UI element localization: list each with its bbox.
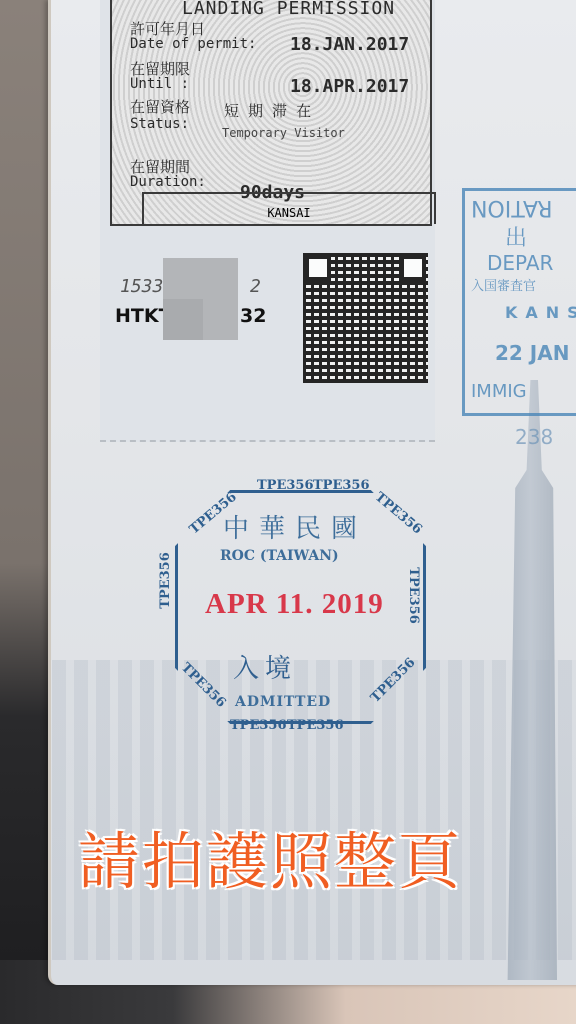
departure-stamp-immigration: IMMIG bbox=[471, 381, 527, 402]
redacted-block-lower bbox=[163, 299, 203, 340]
date-label-en: Date of permit: bbox=[130, 36, 256, 52]
departure-stamp-port: KANS bbox=[505, 303, 576, 322]
date-value: 18.JAN.2017 bbox=[290, 34, 409, 55]
until-value: 18.APR.2017 bbox=[290, 76, 409, 97]
port-name: KANSAI bbox=[144, 206, 434, 220]
sticker-title: LANDING PERMISSION bbox=[182, 0, 395, 19]
stamp-admitted-en: ADMITTED bbox=[235, 694, 331, 710]
departure-stamp-line1: RATION bbox=[471, 195, 552, 220]
stamp-country-zh: 中華民國 bbox=[223, 508, 367, 545]
departure-stamp-number: 238 bbox=[515, 425, 553, 449]
stamp-entry-date: APR 11. 2019 bbox=[205, 588, 384, 621]
status-value-en: Temporary Visitor bbox=[222, 126, 345, 140]
stamp-ring-top: TPE356 bbox=[257, 478, 314, 493]
until-label-en: Until : bbox=[130, 76, 189, 92]
stamp-ring-left: TPE356 bbox=[158, 552, 173, 609]
status-value-zh: 短 期 滞 在 bbox=[224, 100, 311, 121]
stamp-ring-bottom: TPE356 bbox=[230, 718, 287, 733]
qr-code bbox=[303, 253, 428, 383]
stamp-admitted-zh: 入境 bbox=[233, 648, 297, 685]
departure-stamp-officer: 入国審査官 bbox=[471, 275, 536, 294]
status-label-en: Status: bbox=[130, 116, 189, 132]
stamp-ring-bottom-2: TPE356 bbox=[287, 718, 344, 733]
landing-permission-sticker: LANDING PERMISSION 許可年月日 Date of permit:… bbox=[100, 0, 435, 442]
departure-stamp-zh: 出 bbox=[505, 221, 527, 252]
stamp-ring-top-2: TPE356 bbox=[313, 478, 370, 493]
entry-stamp: TPE356 TPE356 TPE356 TPE356 TPE356 TPE35… bbox=[165, 478, 435, 733]
status-label-zh: 在留資格 bbox=[130, 96, 190, 117]
duration-label-en: Duration: bbox=[130, 174, 206, 190]
stamp-ring-right: TPE356 bbox=[406, 567, 421, 624]
sticker-security-panel: LANDING PERMISSION 許可年月日 Date of permit:… bbox=[110, 0, 432, 226]
code-suffix: 32 bbox=[240, 305, 266, 327]
departure-stamp-line3: DEPAR bbox=[487, 251, 553, 275]
departure-stamp-date: 22 JAN bbox=[495, 341, 569, 365]
departure-stamp: RATION 出 DEPAR 入国審査官 KANS 22 JAN IMMIG bbox=[462, 188, 576, 416]
permit-number: 1533 bbox=[120, 276, 163, 297]
port-box: KANSAI bbox=[142, 192, 436, 224]
permit-number-suffix: 2 bbox=[250, 276, 261, 297]
caption-overlay: 請拍護照整頁 bbox=[78, 812, 462, 901]
stamp-country-en: ROC (TAIWAN) bbox=[220, 548, 339, 564]
